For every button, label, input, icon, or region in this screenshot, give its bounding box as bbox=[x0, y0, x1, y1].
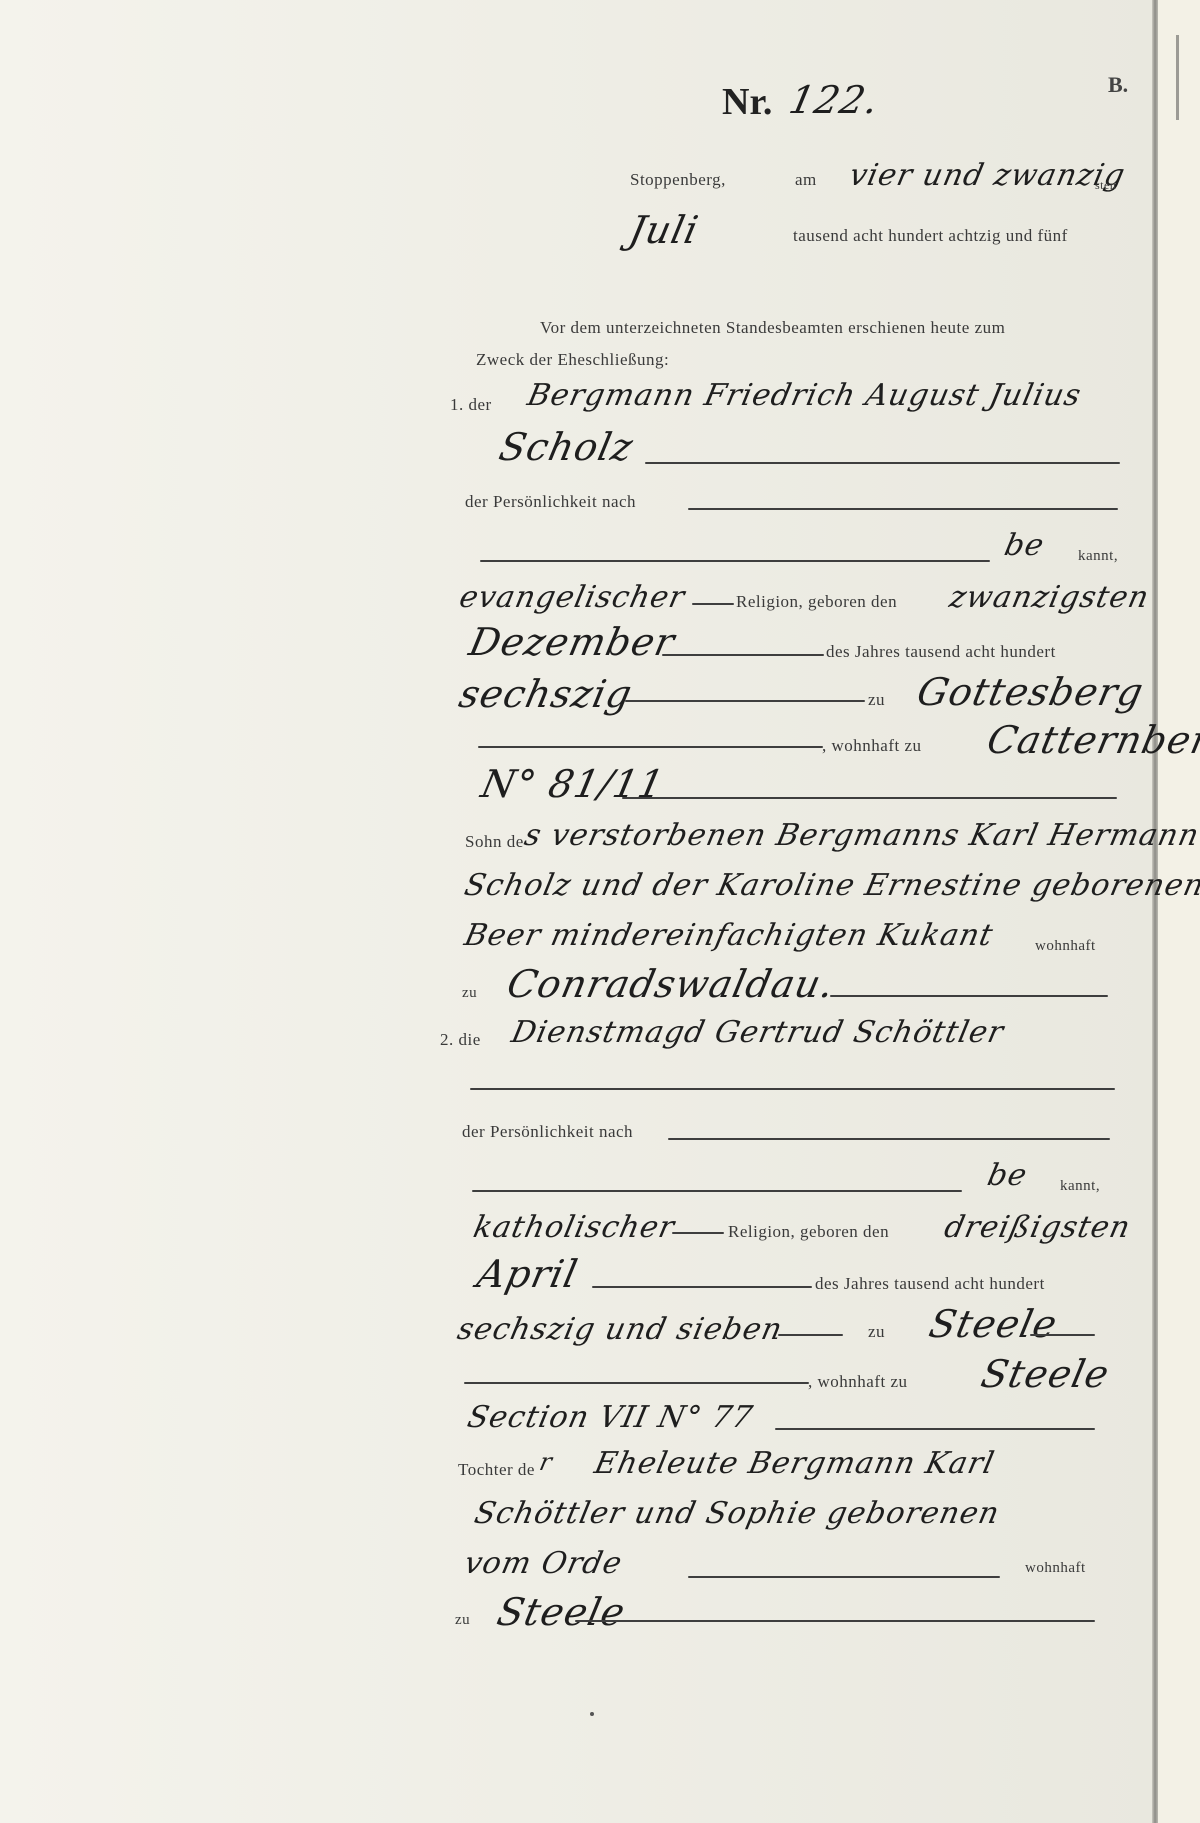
bride-birth-day: dreißigsten bbox=[941, 1210, 1134, 1245]
bride-parents-label: Tochter de bbox=[458, 1460, 535, 1480]
bride-identity-label: der Persönlichkeit nach bbox=[462, 1122, 633, 1142]
bride-birth-year: sechszig und sieben bbox=[454, 1312, 786, 1347]
bride-prefix: 2. die bbox=[440, 1030, 481, 1050]
groom-religion: evangelischer bbox=[456, 580, 688, 615]
groom-residence-number-line bbox=[622, 797, 1117, 799]
bride-parents-residence: Steele bbox=[493, 1590, 629, 1634]
groom-residence-line bbox=[478, 746, 823, 748]
bride-birth-month: April bbox=[473, 1252, 582, 1296]
groom-parents-line-2: Scholz und der Karoline Ernestine gebore… bbox=[461, 868, 1200, 903]
groom-occupation-name: Bergmann Friedrich August Julius bbox=[524, 378, 1084, 413]
bride-residence-number: Section VII N° 77 bbox=[464, 1400, 756, 1435]
bride-residence-line bbox=[464, 1382, 809, 1384]
groom-residence-label: , wohnhaft zu bbox=[822, 736, 922, 756]
bride-residence: Steele bbox=[977, 1352, 1113, 1396]
bride-zu-label: zu bbox=[868, 1322, 885, 1342]
bride-birth-year-line bbox=[778, 1334, 843, 1336]
groom-parents-line-3: Beer mindereinfachigten Kukant bbox=[461, 918, 996, 953]
bride-parents-residence-label: wohnhaft bbox=[1025, 1560, 1086, 1577]
groom-surname-line bbox=[645, 462, 1120, 464]
day-handwritten: vier und zwanzig bbox=[846, 158, 1128, 193]
groom-religion-line bbox=[692, 603, 734, 605]
groom-birth-year: sechszig bbox=[455, 672, 636, 716]
groom-identity-line-2 bbox=[480, 560, 990, 562]
bride-parents-line-2: Schöttler und Sophie geborenen bbox=[471, 1496, 1003, 1531]
groom-birth-year-line bbox=[625, 700, 865, 702]
groom-known-suffix: kannt, bbox=[1078, 548, 1118, 565]
bride-identity-line bbox=[668, 1138, 1110, 1140]
groom-zu-label: zu bbox=[868, 690, 885, 710]
groom-parents-label: Sohn de bbox=[465, 832, 524, 852]
groom-residence: Catternberg bbox=[983, 718, 1200, 762]
groom-surname: Scholz bbox=[495, 425, 637, 469]
bride-identity-line-2 bbox=[472, 1190, 962, 1192]
book-spine-shadow bbox=[1152, 0, 1158, 1823]
groom-year-label: des Jahres tausend acht hundert bbox=[826, 642, 1056, 662]
bride-known-handwritten: be bbox=[984, 1158, 1030, 1193]
bride-parents-residence-line bbox=[575, 1620, 1095, 1622]
bride-parents-line-1: Eheleute Bergmann Karl bbox=[591, 1446, 998, 1481]
spine-mark bbox=[1176, 35, 1179, 120]
groom-residence-number: N° 81/11 bbox=[477, 762, 668, 806]
ink-dot bbox=[590, 1712, 594, 1716]
bride-birth-place-line bbox=[1030, 1334, 1095, 1336]
bride-religion-line bbox=[672, 1232, 724, 1234]
groom-parents-residence: Conradswaldau. bbox=[503, 962, 838, 1006]
record-number-label: Nr. bbox=[722, 80, 772, 124]
groom-parents-residence-line bbox=[830, 995, 1108, 997]
page-edge bbox=[1158, 0, 1200, 1823]
groom-parents-line-1: s verstorbenen Bergmanns Karl Hermann bbox=[521, 818, 1200, 853]
bride-religion: katholischer bbox=[470, 1210, 678, 1245]
groom-identity-line bbox=[688, 508, 1118, 510]
am-label: am bbox=[795, 170, 817, 190]
groom-religion-label: Religion, geboren den bbox=[736, 592, 897, 612]
place-label: Stoppenberg, bbox=[630, 170, 726, 190]
groom-birth-month-line bbox=[662, 654, 824, 656]
bride-year-label: des Jahres tausend acht hundert bbox=[815, 1274, 1045, 1294]
day-suffix: sten bbox=[1095, 178, 1116, 193]
intro-line-2: Zweck der Eheschließung: bbox=[476, 350, 669, 370]
bride-birth-month-line bbox=[592, 1286, 812, 1288]
bride-religion-label: Religion, geboren den bbox=[728, 1222, 889, 1242]
intro-line-1: Vor dem unterzeichneten Standesbeamten e… bbox=[540, 318, 1005, 338]
groom-birth-place: Gottesberg bbox=[913, 670, 1147, 714]
record-number-value: 122. bbox=[785, 78, 883, 122]
bride-name-line bbox=[470, 1088, 1115, 1090]
groom-parents-zu-label: zu bbox=[462, 985, 477, 1002]
bride-residence-label: , wohnhaft zu bbox=[808, 1372, 908, 1392]
bride-known-suffix: kannt, bbox=[1060, 1178, 1100, 1195]
bride-occupation-name: Dienstmagd Gertrud Schöttler bbox=[508, 1015, 1007, 1050]
groom-parents-residence-label: wohnhaft bbox=[1035, 938, 1096, 955]
bride-parents-line-3-line bbox=[688, 1576, 1000, 1578]
groom-birth-month: Dezember bbox=[465, 620, 679, 664]
groom-known-handwritten: be bbox=[1001, 528, 1047, 563]
groom-prefix: 1. der bbox=[450, 395, 492, 415]
year-text: tausend acht hundert achtzig und fünf bbox=[793, 226, 1068, 246]
groom-birth-day: zwanzigsten bbox=[946, 580, 1152, 615]
month-handwritten: Juli bbox=[625, 208, 702, 252]
bride-parents-line-3: vom Orde bbox=[461, 1546, 625, 1581]
section-letter: B. bbox=[1108, 72, 1128, 98]
bride-birth-place: Steele bbox=[925, 1302, 1061, 1346]
bride-residence-number-line bbox=[775, 1428, 1095, 1430]
groom-identity-label: der Persönlichkeit nach bbox=[465, 492, 636, 512]
bride-parents-zu-label: zu bbox=[455, 1612, 470, 1629]
